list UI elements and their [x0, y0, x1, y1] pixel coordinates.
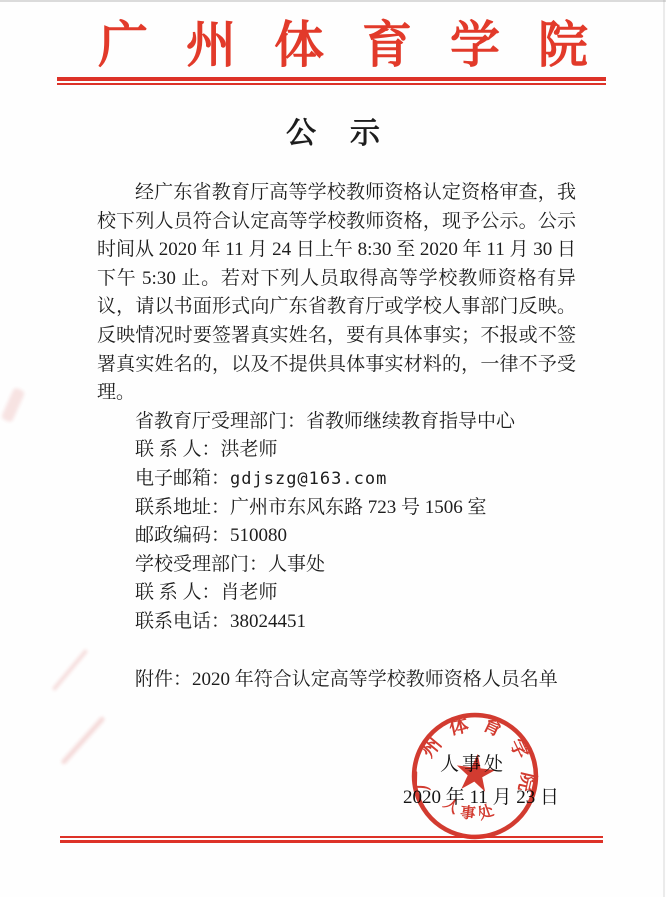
contact-line-province-person: 联 系 人：洪老师	[97, 436, 576, 465]
contact-label: 邮政编码：	[135, 525, 230, 546]
ink-smudge	[1, 387, 26, 423]
contact-line-phone: 联系电话：38024451	[97, 608, 576, 637]
contact-label: 联系地址：	[135, 497, 230, 518]
announcement-document-page: 广州体育学院 公示 经广东省教育厅高等学校教师资格认定资格审查，我校下列人员符合…	[0, 0, 666, 897]
contact-line-province-department: 省教育厅受理部门：省教师继续教育指导中心	[97, 408, 576, 437]
contact-label: 联系电话：	[135, 611, 230, 632]
seal-bottom-text: 人事处	[439, 794, 503, 826]
contact-line-email: 电子邮箱：gdjszg@163.com	[97, 465, 576, 494]
contact-label: 省教育厅受理部门：	[135, 411, 306, 432]
contact-line-school-person: 联 系 人：肖老师	[97, 579, 576, 608]
intro-paragraph: 经广东省教育厅高等学校教师资格认定资格审查，我校下列人员符合认定高等学校教师资格…	[97, 179, 576, 408]
contact-label: 学校受理部门：	[135, 554, 268, 575]
contact-value: 省教师继续教育指导中心	[306, 411, 515, 432]
contact-value: 510080	[230, 525, 287, 546]
contact-value: 广州市东风东路 723 号 1506 室	[230, 497, 487, 518]
contact-label: 联 系 人：	[135, 439, 221, 460]
letterhead-divider	[57, 77, 606, 85]
seal-star-icon	[454, 751, 497, 792]
contact-line-address: 联系地址：广州市东风东路 723 号 1506 室	[97, 494, 576, 523]
letterhead-divider-thick-line	[57, 77, 606, 81]
footer-divider-thin-line	[60, 836, 603, 838]
contact-label: 电子邮箱：	[135, 468, 230, 489]
official-seal: 广州体育学院 人事处	[401, 702, 548, 849]
contact-value: 肖老师	[221, 582, 278, 603]
contact-value: 38024451	[230, 611, 306, 632]
letterhead-divider-thin-line	[57, 83, 606, 85]
contact-line-school-department: 学校受理部门：人事处	[97, 551, 576, 580]
ink-smudge	[60, 716, 105, 765]
contact-value: 人事处	[268, 554, 325, 575]
document-body: 经广东省教育厅高等学校教师资格认定资格审查，我校下列人员符合认定高等学校教师资格…	[97, 179, 576, 694]
contact-line-postcode: 邮政编码：510080	[97, 522, 576, 551]
attachment-line: 附件：2020 年符合认定高等学校教师资格人员名单	[97, 666, 576, 695]
document-title: 公示	[0, 108, 666, 152]
university-letterhead: 广州体育学院	[98, 17, 626, 73]
email-address: gdjszg@163.com	[230, 469, 387, 489]
contact-value: 洪老师	[221, 439, 278, 460]
footer-divider-thick-line	[60, 840, 603, 843]
ink-smudge	[52, 649, 88, 691]
contact-label: 联 系 人：	[135, 582, 221, 603]
scan-edge-top	[0, 0, 666, 2]
footer-divider	[60, 836, 603, 844]
